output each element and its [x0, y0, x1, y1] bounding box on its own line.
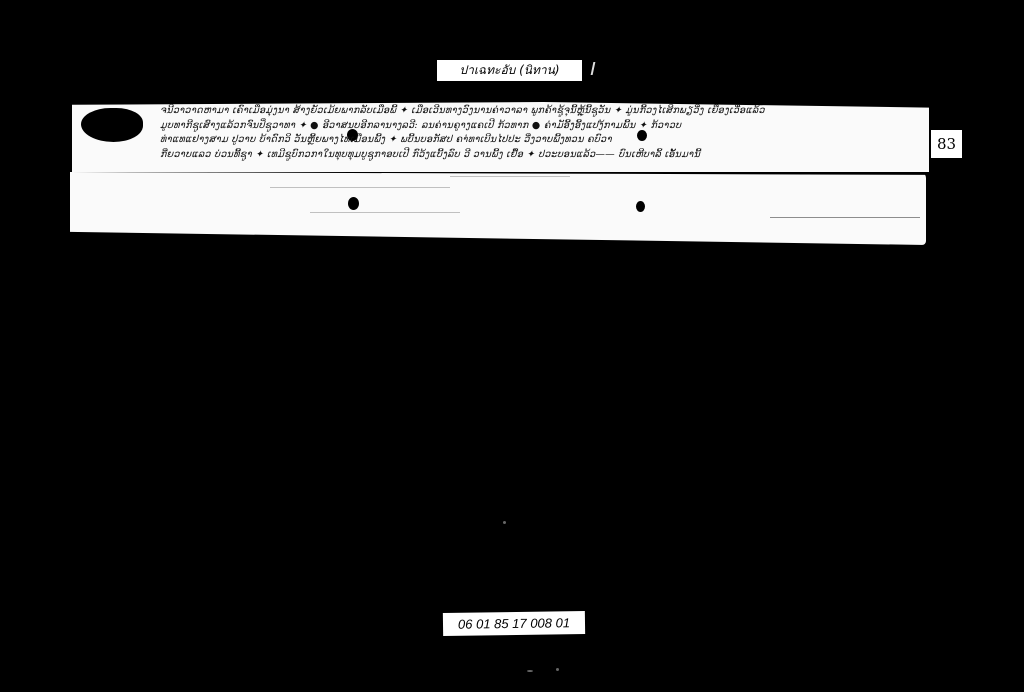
- string-hole-left: [81, 108, 143, 142]
- manuscript-title-label: ปาเฉทะอับ (นิทาน): [437, 60, 582, 81]
- manuscript-text: ຈນີວາວາດຫາມາ ເຄົາເມືອມຸ່ງນາ ສ້າງຍັວເມ້ຍພ…: [160, 104, 920, 168]
- text-line-1: ຈນີວາວາດຫາມາ ເຄົາເມືອມຸ່ງນາ ສ້າງຍັວເມ້ຍພ…: [160, 104, 920, 119]
- microfilm-reel-code: 06 01 85 17 008 01: [443, 611, 585, 636]
- leaf-texture-line: [770, 217, 920, 218]
- leaf-number-label: 83: [931, 130, 962, 158]
- leaf-texture-line: [310, 212, 460, 213]
- dust-speck: [527, 670, 533, 672]
- text-line-4: ກີ່ຍວາບແລວ ບ່ວນທີ້ຊູາ ✦ ເທມີຊູບົກວກາໃນທຸ…: [160, 148, 920, 163]
- dust-speck: [503, 521, 506, 524]
- palm-leaf-bottom: [70, 172, 926, 245]
- dust-speck: [556, 668, 559, 671]
- text-line-3: ທ່າແທແຢາງສາມ ປູວາບ ບ້າດົກວິ ວັນຫຼີ້ຍພາງໄ…: [160, 133, 920, 148]
- string-hole-right: [636, 201, 645, 212]
- text-line-2: ມູບທາກີຊູເສົາງແລ້ວກຈົນປິ່ຊູວາທາ ✦ ● ອີວາ…: [160, 119, 920, 134]
- leaf-texture-line: [270, 187, 450, 188]
- palm-leaf-top: ຈນີວາວາດຫາມາ ເຄົາເມືອມຸ່ງນາ ສ້າງຍັວເມ້ຍພ…: [72, 102, 929, 172]
- leaf-texture-line: [450, 176, 570, 177]
- string-hole-center: [348, 197, 359, 210]
- scan-artifact-mark: [591, 62, 596, 75]
